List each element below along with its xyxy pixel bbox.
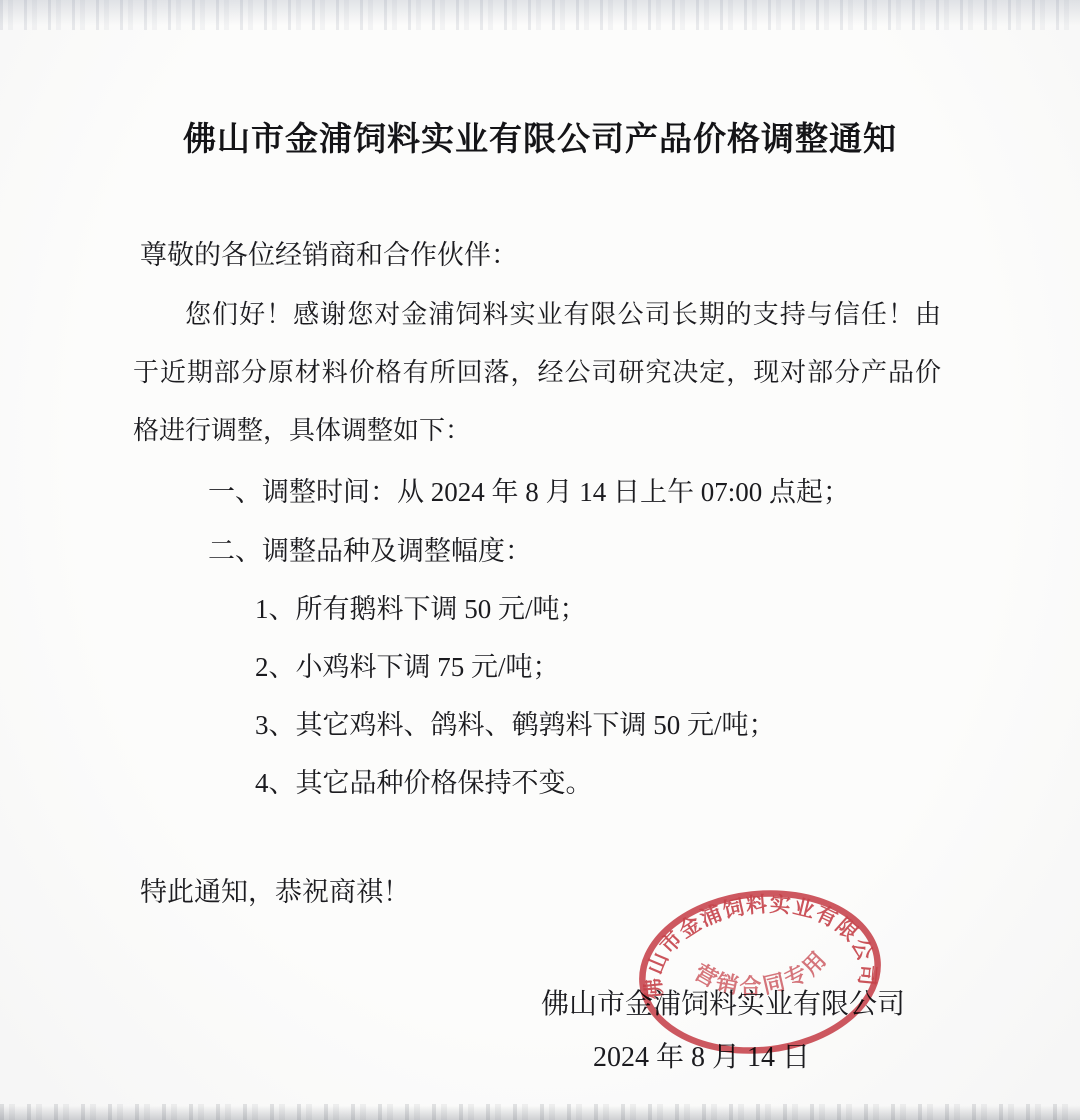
- sub-item-goose-feed: 1、所有鹅料下调 50 元/吨；: [255, 580, 776, 638]
- sub-item-other-feeds: 3、其它鸡料、鸽料、鹌鹑料下调 50 元/吨；: [255, 696, 776, 754]
- intro-paragraph: 您们好！感谢您对金浦饲料实业有限公司长期的支持与信任！由 于近期部分原材料价格有…: [133, 286, 941, 460]
- scan-noise-top: [0, 0, 1080, 30]
- notice-title: 佛山市金浦饲料实业有限公司产品价格调整通知: [0, 109, 1080, 169]
- paragraph-line-2: 于近期部分原材料价格有所回落，经公司研究决定，现对部分产品价: [133, 344, 941, 402]
- signature-date: 2024 年 8 月 14 日: [0, 1029, 947, 1087]
- paragraph-line-1: 您们好！感谢您对金浦饲料实业有限公司长期的支持与信任！由: [133, 286, 941, 344]
- scan-noise-bottom: [0, 1104, 1080, 1120]
- adjustment-sub-items: 1、所有鹅料下调 50 元/吨； 2、小鸡料下调 75 元/吨； 3、其它鸡料、…: [255, 580, 776, 812]
- numbered-item-scope: 二、调整品种及调整幅度：: [208, 522, 532, 581]
- signature-company: 佛山市金浦饲料实业有限公司: [0, 976, 947, 1034]
- salutation-line: 尊敬的各位经销商和合作伙伴：: [140, 226, 518, 284]
- closing-line: 特此通知，恭祝商祺！: [140, 863, 410, 922]
- numbered-item-time: 一、调整时间：从 2024 年 8 月 14 日上午 07:00 点起；: [208, 463, 850, 522]
- scanned-notice-page: 佛山市金浦饲料实业有限公司产品价格调整通知 尊敬的各位经销商和合作伙伴： 您们好…: [0, 0, 1080, 1120]
- paragraph-line-3: 格进行调整，具体调整如下：: [133, 402, 941, 460]
- sub-item-unchanged: 4、其它品种价格保持不变。: [255, 754, 776, 812]
- sub-item-chick-feed: 2、小鸡料下调 75 元/吨；: [255, 638, 776, 696]
